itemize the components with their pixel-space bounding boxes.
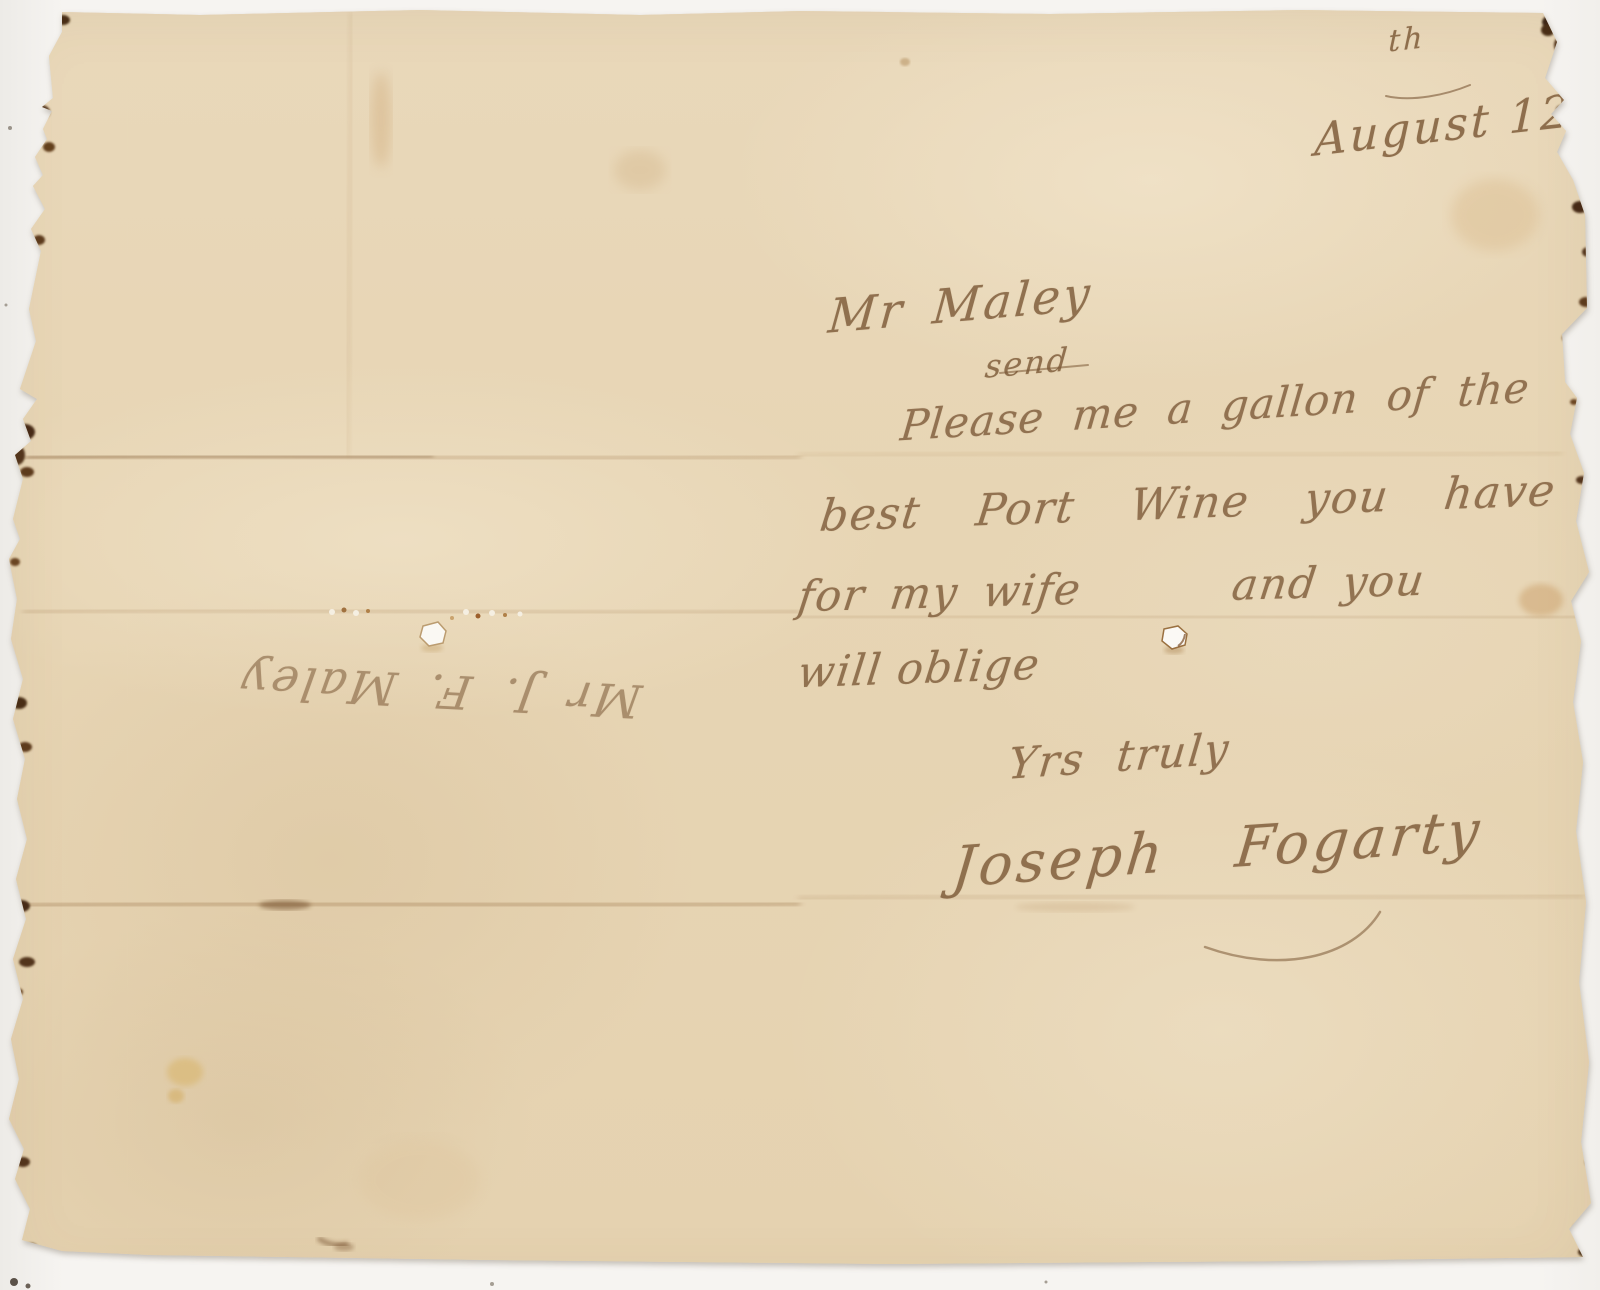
date-month-day: August 12 <box>1314 84 1573 167</box>
letter-text: August 121876 th Mr Maley send Please me… <box>0 0 1600 1290</box>
body-line-4: will oblige <box>795 644 1042 696</box>
verso-docket-upside-down: Mr J. F. Maley <box>147 653 733 729</box>
body-line-3: for my wife and you <box>795 560 1428 620</box>
letter-paper: August 121876 th Mr Maley send Please me… <box>0 0 1600 1290</box>
inserted-word: send <box>984 343 1071 383</box>
date-line: August 121876 th <box>1140 23 1600 273</box>
date-superscript: th <box>1388 23 1426 58</box>
salutation-line: Mr Maley <box>826 270 1094 341</box>
letter-paper-wrap: August 121876 th Mr Maley send Please me… <box>0 0 1600 1290</box>
scanned-letter-image: August 121876 th Mr Maley send Please me… <box>0 0 1600 1290</box>
closing-line: Yrs truly <box>1006 728 1232 787</box>
signature-line: Joseph Fogarty <box>950 803 1486 897</box>
body-line-2: best Port Wine you have <box>818 469 1559 539</box>
